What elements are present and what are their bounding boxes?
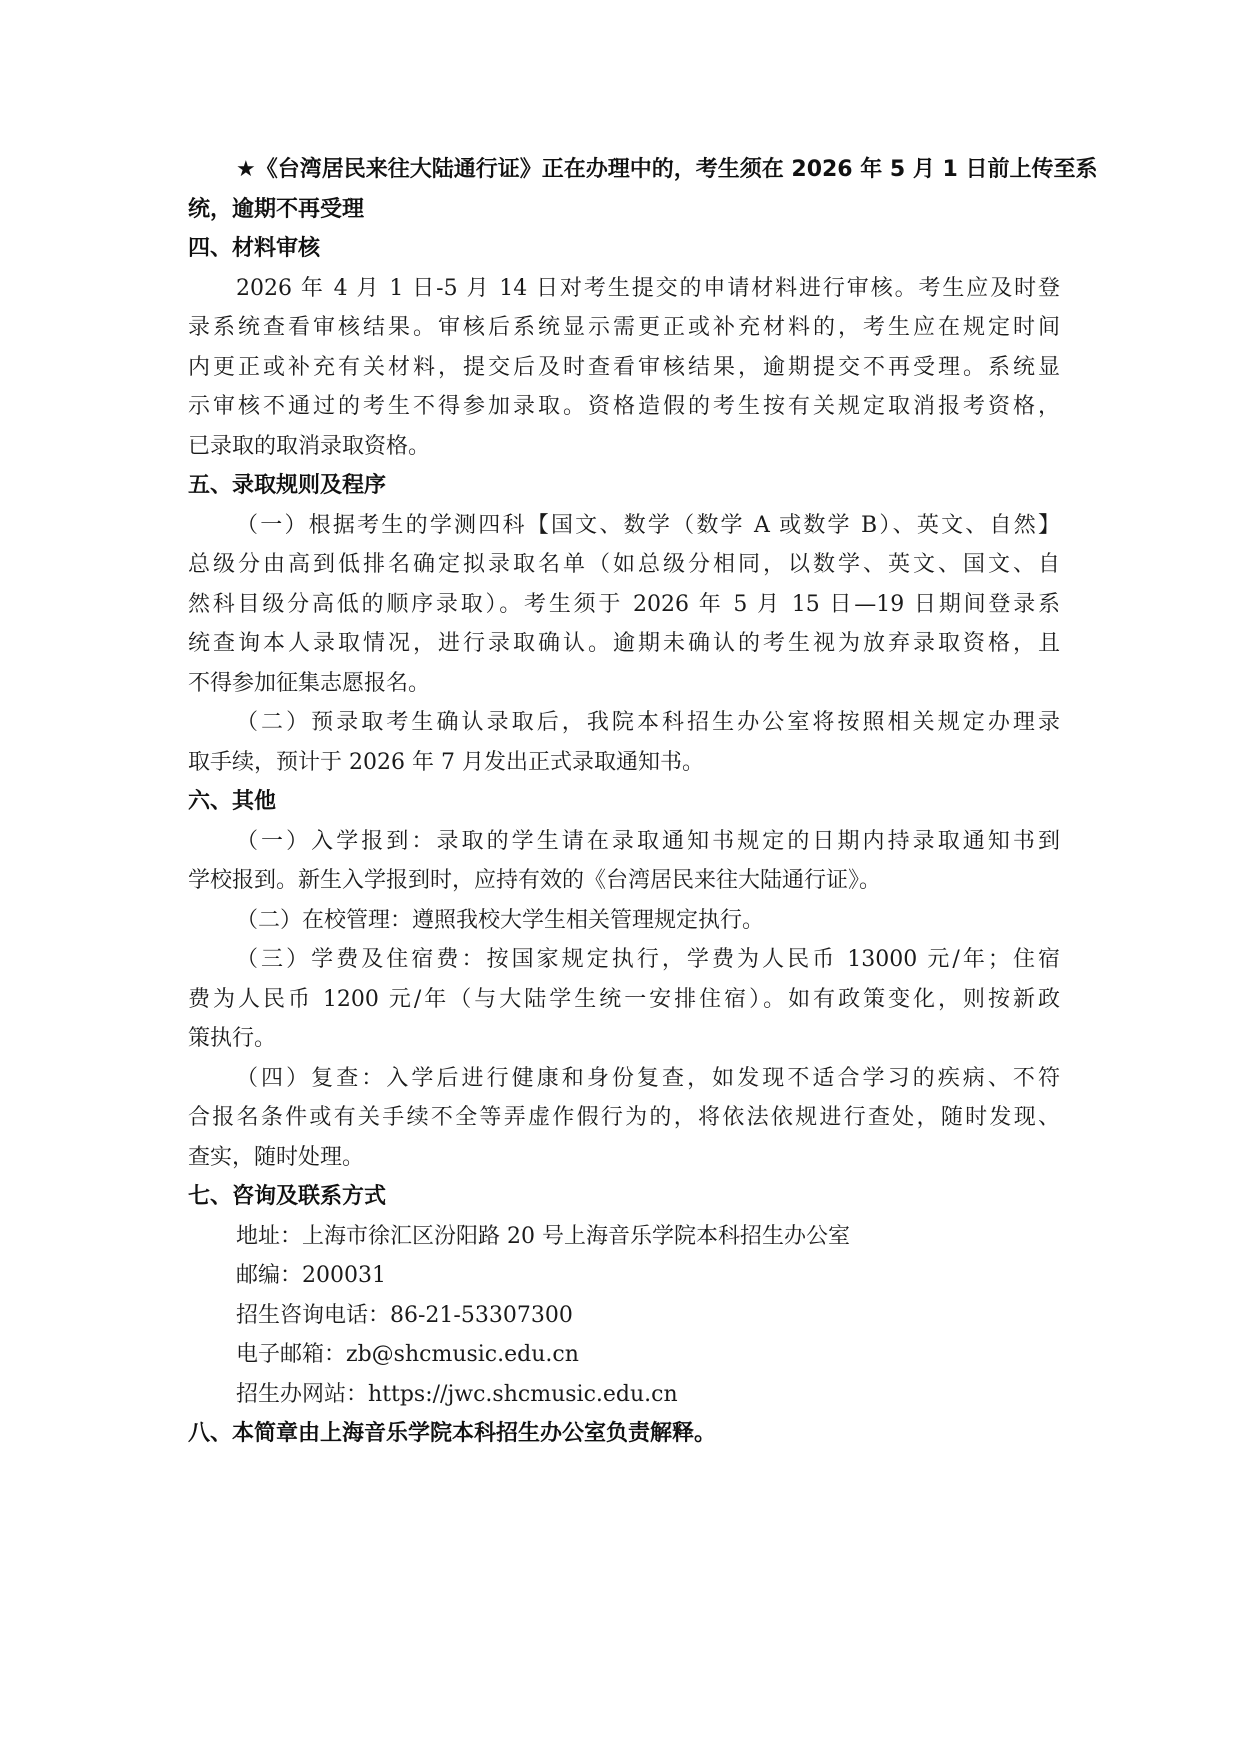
document-page: ★《台湾居民来往大陆通行证》正在办理中的，考生须在 2026 年 5 月 1 日…	[188, 150, 1060, 1454]
section-5-heading: 五、录取规则及程序	[188, 466, 1060, 506]
section-4-line: 录系统查看审核结果。审核后系统显示需更正或补充材料的，考生应在规定时间	[188, 308, 1060, 348]
section-6-heading: 六、其他	[188, 782, 1060, 822]
section-6-p3-line: 费为人民币 1200 元/年（与大陆学生统一安排住宿）。如有政策变化，则按新政	[188, 980, 1060, 1020]
section-5-p1-line: （一）根据考生的学测四科【国文、数学（数学 A 或数学 B）、英文、自然】	[188, 506, 1060, 546]
section-4-line: 2026 年 4 月 1 日-5 月 14 日对考生提交的申请材料进行审核。考生…	[188, 269, 1060, 309]
contact-phone: 招生咨询电话：86-21-53307300	[188, 1296, 1060, 1336]
section-4-line: 已录取的取消录取资格。	[188, 427, 1060, 467]
notice-line-1: ★《台湾居民来往大陆通行证》正在办理中的，考生须在 2026 年 5 月 1 日…	[188, 150, 1060, 190]
section-4-heading: 四、材料审核	[188, 229, 1060, 269]
section-5-p1-line: 总级分由高到低排名确定拟录取名单（如总级分相同，以数学、英文、国文、自	[188, 545, 1060, 585]
section-5-p1-line: 不得参加征集志愿报名。	[188, 664, 1060, 704]
section-4-line: 内更正或补充有关材料，提交后及时查看审核结果，逾期提交不再受理。系统显	[188, 348, 1060, 388]
contact-address: 地址：上海市徐汇区汾阳路 20 号上海音乐学院本科招生办公室	[188, 1217, 1060, 1257]
contact-postcode: 邮编：200031	[188, 1256, 1060, 1296]
section-6-p4-line: （四）复查：入学后进行健康和身份复查，如发现不适合学习的疾病、不符	[188, 1059, 1060, 1099]
section-6-p1-line: （一）入学报到：录取的学生请在录取通知书规定的日期内持录取通知书到	[188, 822, 1060, 862]
section-4-line: 示审核不通过的考生不得参加录取。资格造假的考生按有关规定取消报考资格，	[188, 387, 1060, 427]
section-5-p2-line: 取手续，预计于 2026 年 7 月发出正式录取通知书。	[188, 743, 1060, 783]
section-5-p2-line: （二）预录取考生确认录取后，我院本科招生办公室将按照相关规定办理录	[188, 703, 1060, 743]
section-6-p3-line: 策执行。	[188, 1019, 1060, 1059]
section-6-p3-line: （三）学费及住宿费：按国家规定执行，学费为人民币 13000 元/年；住宿	[188, 940, 1060, 980]
section-6-p4-line: 查实，随时处理。	[188, 1138, 1060, 1178]
contact-email: 电子邮箱：zb@shcmusic.edu.cn	[188, 1335, 1060, 1375]
notice-line-2: 统，逾期不再受理	[188, 190, 1060, 230]
section-5-p1-line: 统查询本人录取情况，进行录取确认。逾期未确认的考生视为放弃录取资格，且	[188, 624, 1060, 664]
section-5-p1-line: 然科目级分高低的顺序录取）。考生须于 2026 年 5 月 15 日—19 日期…	[188, 585, 1060, 625]
section-6-p4-line: 合报名条件或有关手续不全等弄虚作假行为的，将依法依规进行查处，随时发现、	[188, 1098, 1060, 1138]
section-8-heading: 八、本简章由上海音乐学院本科招生办公室负责解释。	[188, 1414, 1060, 1454]
section-6-p1-line: 学校报到。新生入学报到时，应持有效的《台湾居民来往大陆通行证》。	[188, 861, 1060, 901]
section-6-p2-line: （二）在校管理：遵照我校大学生相关管理规定执行。	[188, 901, 1060, 941]
section-7-heading: 七、咨询及联系方式	[188, 1177, 1060, 1217]
contact-website: 招生办网站：https://jwc.shcmusic.edu.cn	[188, 1375, 1060, 1415]
